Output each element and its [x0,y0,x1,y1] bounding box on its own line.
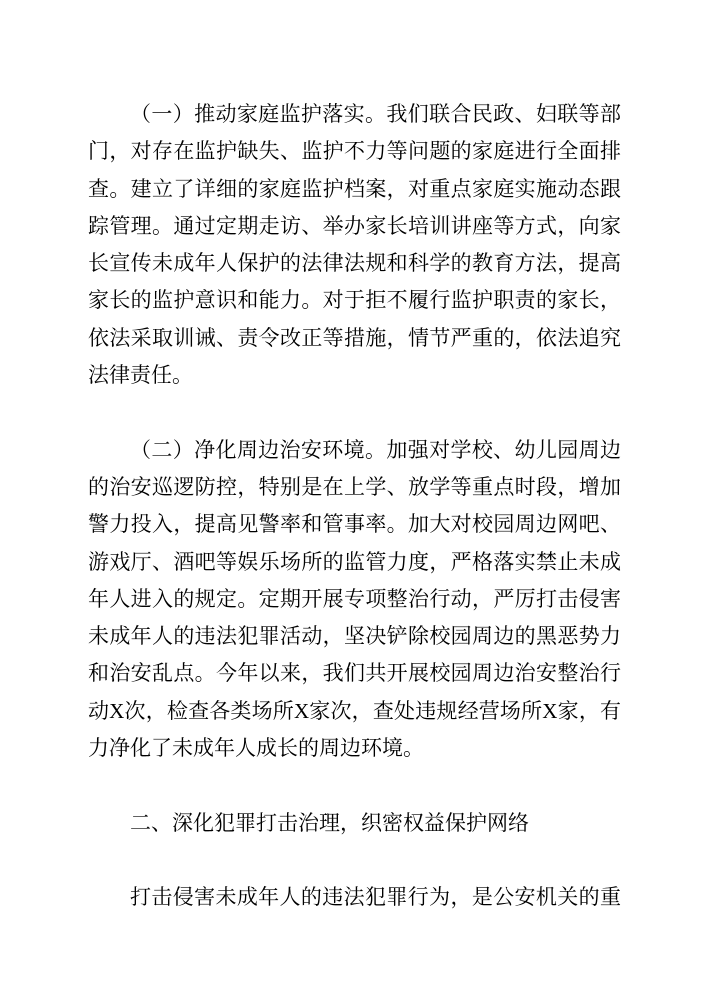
text-line: 警力投入，提高见警率和管事率。加大对校园周边网吧、 [88,506,621,543]
paragraph-family-guardianship: （一）推动家庭监护落实。我们联合民政、妇联等部 门，对存在监护缺失、监护不力等问… [88,96,621,394]
text-line: 游戏厅、酒吧等娱乐场所的监管力度，严格落实禁止未成 [88,544,621,581]
heading-line: 二、深化犯罪打击治理，织密权益保护网络 [88,805,621,842]
text-line: 家长的监护意识和能力。对于拒不履行监护职责的家长， [88,282,621,319]
document-page: （一）推动家庭监护落实。我们联合民政、妇联等部 门，对存在监护缺失、监护不力等问… [0,0,711,1006]
text-line: 未成年人的违法犯罪活动，坚决铲除校园周边的黑恶势力 [88,618,621,655]
paragraph-security-environment: （二）净化周边治安环境。加强对学校、幼儿园周边 的治安巡逻防控，特别是在上学、放… [88,432,621,768]
document-body: （一）推动家庭监护落实。我们联合民政、妇联等部 门，对存在监护缺失、监护不力等问… [88,96,621,917]
paragraph-crime-fighting-intro: 打击侵害未成年人的违法犯罪行为，是公安机关的重 [88,879,621,916]
text-line: 和治安乱点。今年以来，我们共开展校园周边治安整治行 [88,655,621,692]
text-line: 年人进入的规定。定期开展专项整治行动，严厉打击侵害 [88,581,621,618]
text-line: （二）净化周边治安环境。加强对学校、幼儿园周边 [88,432,621,469]
text-line: 动X次，检查各类场所X家次，查处违规经营场所X家，有 [88,693,621,730]
text-line: 的治安巡逻防控，特别是在上学、放学等重点时段，增加 [88,469,621,506]
section-heading-crime-crackdown: 二、深化犯罪打击治理，织密权益保护网络 [88,805,621,842]
text-line: 法律责任。 [88,357,621,394]
text-line: 依法采取训诫、责令改正等措施，情节严重的，依法追究 [88,320,621,357]
text-line: 力净化了未成年人成长的周边环境。 [88,730,621,767]
text-line: 门，对存在监护缺失、监护不力等问题的家庭进行全面排 [88,133,621,170]
text-line: 打击侵害未成年人的违法犯罪行为，是公安机关的重 [88,879,621,916]
text-line: （一）推动家庭监护落实。我们联合民政、妇联等部 [88,96,621,133]
text-line: 查。建立了详细的家庭监护档案，对重点家庭实施动态跟 [88,171,621,208]
text-line: 踪管理。通过定期走访、举办家长培训讲座等方式，向家 [88,208,621,245]
text-line: 长宣传未成年人保护的法律法规和科学的教育方法，提高 [88,245,621,282]
